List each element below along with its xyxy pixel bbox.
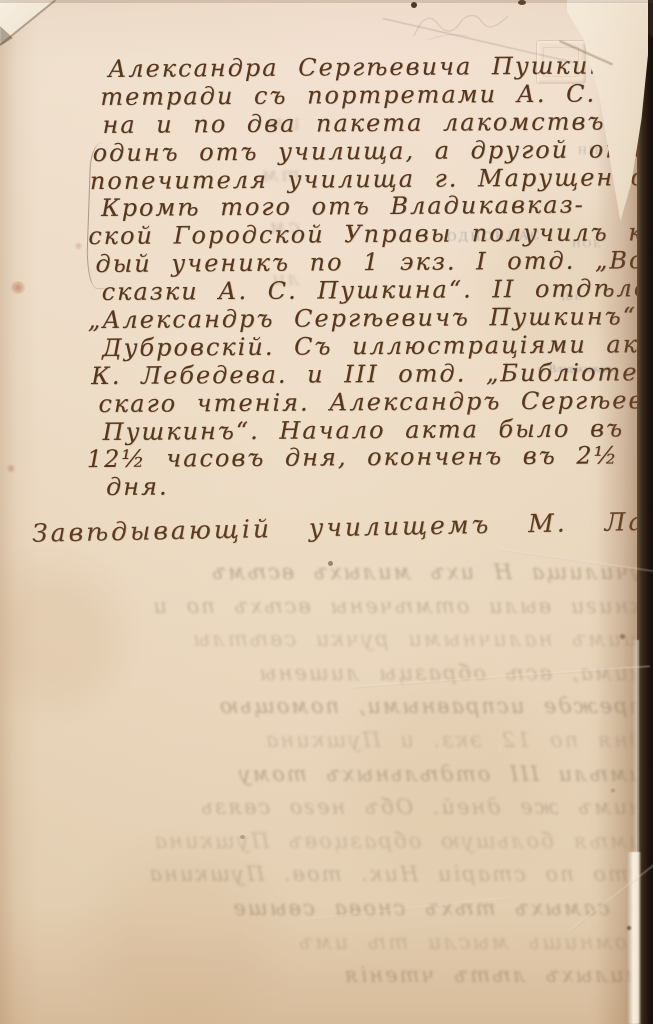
- foxing-spot: [74, 242, 83, 250]
- ink-speck: [626, 925, 632, 931]
- ink-speck: [518, 0, 526, 5]
- bleedthrough-line: книги выли отмѣчены всѣхъ по и: [22, 590, 643, 624]
- manuscript-text-block: Александра Сергѣевича Пушкина, потетради…: [100, 52, 643, 502]
- top-edge-shadow: [0, 0, 653, 3]
- pencil-scribble: [408, 2, 528, 44]
- manuscript-line: 12½ часовъ дня, оконченъ въ 2½ часа: [87, 443, 643, 475]
- ink-speck: [619, 633, 626, 640]
- bleedthrough-line: училища Н ихъ милыхъ всѣмъ: [8, 556, 643, 590]
- bleedthrough-line: имѣли III отдѣльныхъ тому: [8, 758, 643, 792]
- embossed-seal: [536, 40, 586, 84]
- ink-speck: [411, 2, 417, 8]
- bleedthrough-line: имѣя большую образцовъ Пушкина: [8, 825, 643, 859]
- manuscript-scan: имтмсмли ОДНОКЛАС НІЕ НОЕ 18 г. р. Влади…: [0, 0, 653, 1024]
- rust-speck: [610, 788, 616, 793]
- bleedthrough-line: помнишь мысли тѣ имъ: [22, 926, 643, 960]
- page-edge-highlight: [632, 640, 639, 855]
- bleedthrough-line: нимъ же дней. Объ него связь: [22, 791, 643, 825]
- bleedthrough-line: дня по 12 экз. и Пушкина: [22, 724, 643, 758]
- ink-speck: [328, 561, 333, 566]
- rust-stain: [6, 464, 16, 473]
- rust-stain: [11, 281, 25, 294]
- manuscript-line: дня.: [106, 471, 643, 503]
- bleedthrough-line: что по старіи Ник. тов. Пушкина: [22, 858, 643, 892]
- bleedthrough-lower: училища Н ихъ милыхъ всѣмъкниги выли отм…: [8, 556, 643, 993]
- ink-speck: [240, 835, 245, 839]
- bleedthrough-line: и самыхъ тѣхъ снова свыше: [8, 892, 643, 926]
- bleedthrough-line: милыхъ лѣтъ чтенія: [8, 959, 643, 993]
- bleedthrough-line: шимъ наличными ручки свѣтлы: [8, 623, 643, 657]
- bleedthrough-line: прежде исправными, помощью: [8, 690, 643, 724]
